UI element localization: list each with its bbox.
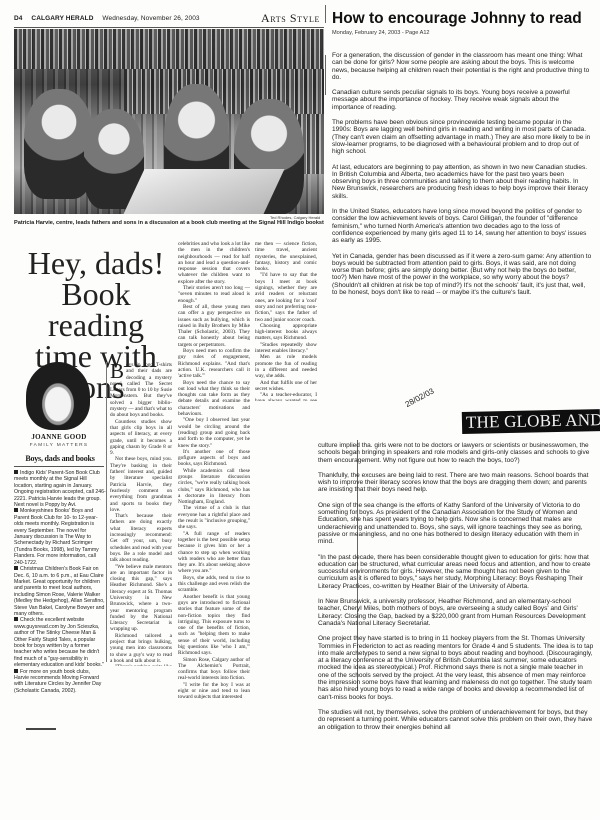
article-paragraph: Richmond tailored a project that brings … xyxy=(110,633,172,664)
article-paragraph: Choosing appropriate high-interest books… xyxy=(255,323,317,342)
sidebar-listings: Indigo Kids' Parent-Son Book Club meets … xyxy=(14,470,106,694)
article-paragraph: me then — science fiction, time travel, … xyxy=(255,241,317,272)
article-paragraph: "A full range of readers together is the… xyxy=(178,531,250,575)
article-paragraph: Not these boys, mind you. They're baskin… xyxy=(110,456,172,513)
article-paragraph: And that fulfils one of her secret wishe… xyxy=(255,380,317,393)
article-column-1: Boys in logo T-shirts and their dads are… xyxy=(110,362,172,666)
calgary-herald-clipping: D4 CALGARY HERALD Wednesday, November 26… xyxy=(0,0,322,820)
masthead-text: THE GLOBE AND MAIL xyxy=(466,409,600,433)
article-paragraph: Another benefit is that young guys are i… xyxy=(178,594,250,657)
sidebar-item-text: Monkeyshines Books' Boys and Parent Book… xyxy=(14,508,99,565)
article-column-3: me then — science fiction, time travel, … xyxy=(255,241,317,401)
sidebar-item-text: Check the excellent website www.guysread… xyxy=(14,617,104,668)
editorial-title: How to encourage Johnny to read xyxy=(332,10,600,28)
editorial-paragraph: The studies will not, by themselves, sol… xyxy=(318,709,594,731)
book-club-photo xyxy=(14,29,324,214)
bullet-square-icon xyxy=(14,617,18,621)
article-paragraph: "We believe male mentors are an importan… xyxy=(110,564,172,633)
column-rule xyxy=(106,362,107,662)
sidebar-item: Indigo Kids' Parent-Son Book Club meets … xyxy=(14,470,106,508)
article-paragraph: It's another one of those gofigure aspec… xyxy=(178,449,250,468)
editorial-paragraph: At last, educators are beginning to pay … xyxy=(332,164,592,200)
editorial-paragraph: "In the past decade, there has been cons… xyxy=(318,554,594,590)
issue-date: Wednesday, November 26, 2003 xyxy=(102,15,199,22)
headline-line: Hey, dads! xyxy=(16,248,176,279)
sidebar-rule xyxy=(14,466,104,467)
sidebar-item: Check the excellent website www.guysread… xyxy=(14,617,106,668)
bullet-square-icon xyxy=(14,669,18,673)
article-paragraph: The virtue of a club is that everyone ha… xyxy=(178,505,250,530)
article-paragraph: Boys need the chance to say out loud wha… xyxy=(178,380,250,418)
article-paragraph: That's because their fathers are doing e… xyxy=(110,513,172,563)
sidebar-item: Christmas Children's Book Fair on Dec. 6… xyxy=(14,566,106,617)
herald-page-header: D4 CALGARY HERALD Wednesday, November 26… xyxy=(14,10,320,26)
column-name: FAMILY MATTERS xyxy=(14,443,104,448)
photo-caption: Patricia Harvie, centre, leads fathers a… xyxy=(14,220,324,226)
editorial-paragraph: In New Brunswick, a university professor… xyxy=(318,598,594,627)
article-paragraph: "I write for the boy I was at eight or n… xyxy=(178,682,250,701)
sidebar-item-text: For more on youth book clubs, Harvie rec… xyxy=(14,669,101,694)
article-paragraph: "There's nothing quite like a rough-and-… xyxy=(110,664,172,666)
editorial-paragraph: For a generation, the discussion of gend… xyxy=(332,52,592,81)
article-paragraph: Boys in logo T-shirts and their dads are… xyxy=(110,362,172,419)
article-paragraph: While academics call these groups litera… xyxy=(178,468,250,506)
article-paragraph: "As a teacher-educator, I have always wa… xyxy=(255,392,317,401)
newspaper-name: CALGARY HERALD xyxy=(31,15,93,22)
sidebar-item-text: Christmas Children's Book Fair on Dec. 6… xyxy=(14,566,105,617)
article-column-2: celebrities and who look a lot like the … xyxy=(178,241,250,715)
article-paragraph: "Studies repeatedly show interest enable… xyxy=(255,342,317,355)
sidebar-item-text: Indigo Kids' Parent-Son Book Club meets … xyxy=(14,470,106,508)
editorial-body-top: For a generation, the discussion of gend… xyxy=(332,52,592,400)
bullet-square-icon xyxy=(14,508,18,512)
section-name: Arts Style xyxy=(261,11,320,26)
header-rule xyxy=(14,27,324,28)
sidebar-item: For more on youth book clubs, Harvie rec… xyxy=(14,669,106,695)
editorial-paragraph: Yet in Canada, gender has been discussed… xyxy=(332,253,592,297)
editorial-paragraph: One sign of the sea change is the effort… xyxy=(318,502,594,546)
editorial-paragraph: Thankfully, the excuses are being laid t… xyxy=(318,472,594,494)
article-paragraph: Boys need men to confirm the guy rules o… xyxy=(178,348,250,379)
sidebar-title: Boys, dads and books xyxy=(12,454,108,463)
editorial-date: Monday, February 24, 2003 - Page A12 xyxy=(332,30,430,36)
editorial-paragraph: In the United States, educators have lon… xyxy=(332,208,592,244)
editorial-paragraph: One project they have started is to brin… xyxy=(318,635,594,701)
editorial-paragraph: The problems have been obvious since pro… xyxy=(332,119,592,155)
article-paragraph: Men as role models promote the fun of re… xyxy=(255,354,317,379)
article-paragraph: Best of all, these young men can offer a… xyxy=(178,304,250,348)
margin-mark xyxy=(325,5,326,23)
bullet-square-icon xyxy=(14,566,18,570)
editorial-paragraph: culture implied tha. girls were not to b… xyxy=(318,442,594,464)
drop-cap: B xyxy=(110,363,124,380)
margin-mark xyxy=(325,55,326,95)
article-paragraph: Simon Rose, Calgary author of The Alchem… xyxy=(178,657,250,682)
article-paragraph: Countless studies show that girls clip b… xyxy=(110,419,172,457)
article-paragraph: "I'd have to say that the boys I meet at… xyxy=(255,272,317,322)
globe-masthead: THE GLOBE AND MAIL xyxy=(462,409,600,434)
editorial-body-bottom: culture implied tha. girls were not to b… xyxy=(318,442,594,820)
editorial-paragraph: Canadian culture sends peculiar signals … xyxy=(332,89,592,111)
sidebar-item: Monkeyshines Books' Boys and Parent Book… xyxy=(14,508,106,566)
article-paragraph: Boys, she adds, tend to rise to this cha… xyxy=(178,575,250,594)
article-paragraph: "One boy I observed last year would be c… xyxy=(178,417,250,448)
author-byline: JOANNE GOOD xyxy=(14,433,104,441)
author-portrait xyxy=(26,362,90,430)
article-paragraph: celebrities and who look a lot like the … xyxy=(178,241,250,285)
article-paragraph: Their stories aren't too long — "seven m… xyxy=(178,285,250,304)
end-rule xyxy=(26,728,56,730)
headline-line: Book reading xyxy=(16,279,176,341)
bullet-square-icon xyxy=(14,470,18,474)
page-number: D4 xyxy=(14,15,23,22)
